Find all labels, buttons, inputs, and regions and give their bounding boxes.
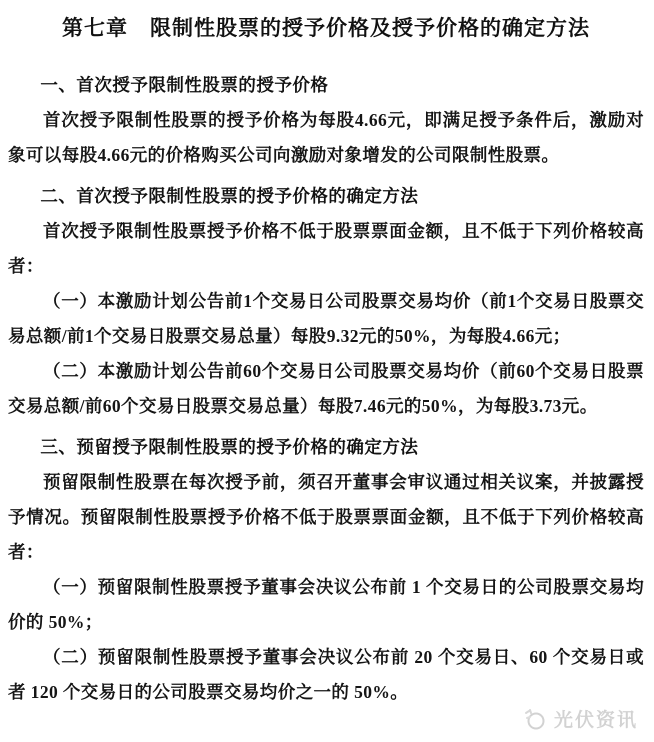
section-2-item-1: （一）本激励计划公告前1个交易日公司股票交易均价（前1个交易日股票交易总额/前1… <box>8 284 644 354</box>
section-2-heading: 二、首次授予限制性股票的授予价格的确定方法 <box>8 179 644 214</box>
section-first-grant-price: 一、首次授予限制性股票的授予价格 首次授予限制性股票的授予价格为每股4.66元，… <box>8 68 644 173</box>
chapter-title: 第七章 限制性股票的授予价格及授予价格的确定方法 <box>8 14 644 44</box>
document-page: 第七章 限制性股票的授予价格及授予价格的确定方法 一、首次授予限制性股票的授予价… <box>0 0 654 742</box>
watermark: 光伏资讯 <box>523 705 638 732</box>
section-1-heading: 一、首次授予限制性股票的授予价格 <box>8 68 644 103</box>
section-2-item-2: （二）本激励计划公告前60个交易日公司股票交易均价（前60个交易日股票交易总额/… <box>8 354 644 424</box>
section-3-heading: 三、预留授予限制性股票的授予价格的确定方法 <box>8 430 644 465</box>
section-2-paragraph: 首次授予限制性股票授予价格不低于股票票面金额，且不低于下列价格较高者： <box>8 214 644 284</box>
pv-news-sun-logo-icon <box>523 707 547 731</box>
section-3-item-2: （二）预留限制性股票授予董事会决议公布前 20 个交易日、60 个交易日或者 1… <box>8 640 644 710</box>
section-1-paragraph: 首次授予限制性股票的授予价格为每股4.66元，即满足授予条件后，激励对象可以每股… <box>8 103 644 173</box>
section-3-paragraph: 预留限制性股票在每次授予前，须召开董事会审议通过相关议案，并披露授予情况。预留限… <box>8 465 644 570</box>
section-first-grant-price-method: 二、首次授予限制性股票的授予价格的确定方法 首次授予限制性股票授予价格不低于股票… <box>8 179 644 424</box>
watermark-label: 光伏资讯 <box>554 705 638 732</box>
section-3-item-1: （一）预留限制性股票授予董事会决议公布前 1 个交易日的公司股票交易均价的 50… <box>8 570 644 640</box>
section-reserved-grant-price-method: 三、预留授予限制性股票的授予价格的确定方法 预留限制性股票在每次授予前，须召开董… <box>8 430 644 710</box>
